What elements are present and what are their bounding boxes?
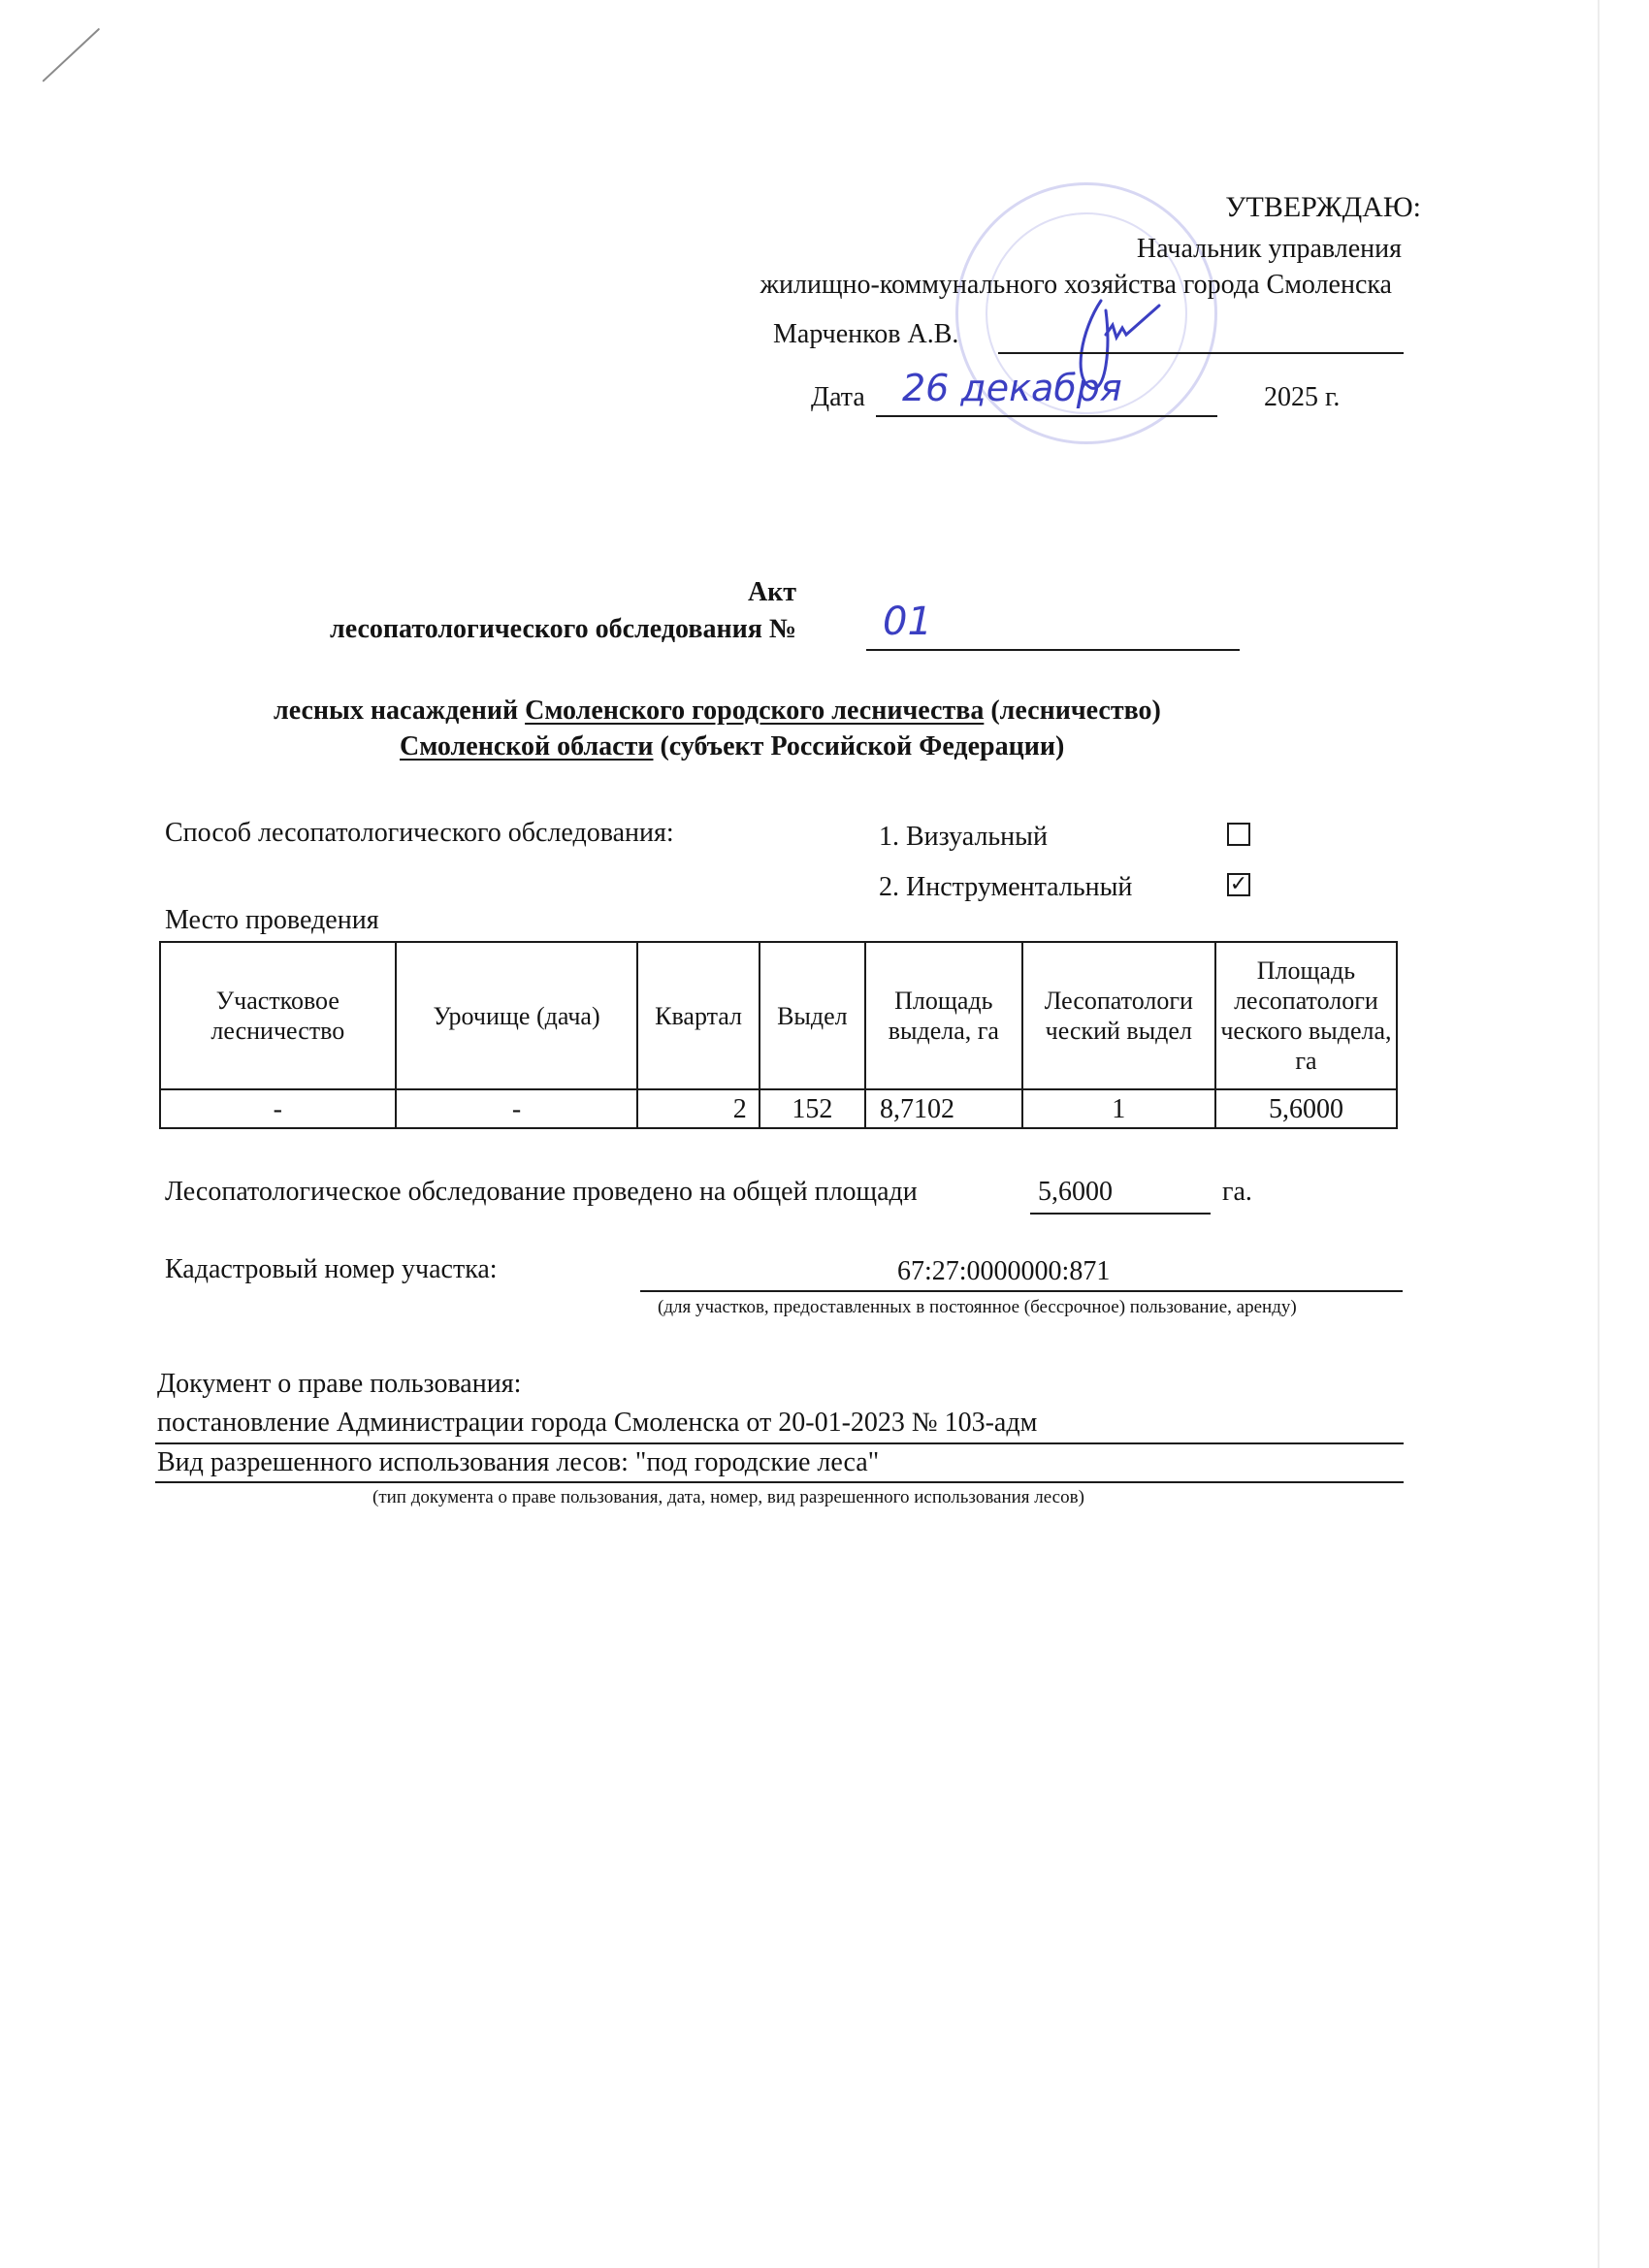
date-handwritten: 26 декабря (902, 367, 1122, 409)
cell-pathology-area: 5,6000 (1215, 1089, 1397, 1128)
cell-allotment-area: 8,7102 (865, 1089, 1022, 1128)
place-label: Место проведения (165, 904, 379, 937)
place-table: Участковое лесничество Урочище (дача) Кв… (159, 941, 1398, 1129)
cell-district-forestry: - (160, 1089, 396, 1128)
subject-prefix: лесных насаждений (274, 696, 518, 726)
forestry-suffix: (лесничество) (990, 696, 1161, 726)
area-value-line (1030, 1213, 1211, 1215)
cell-allotment: 152 (760, 1089, 865, 1128)
col-header-allotment-area: Площадь выдела, га (865, 942, 1022, 1089)
area-label: Лесопатологическое обследование проведен… (165, 1176, 918, 1209)
cell-quarter: 2 (637, 1089, 759, 1128)
cadastral-line (640, 1290, 1403, 1292)
area-value: 5,6000 (1038, 1176, 1113, 1209)
area-unit: га. (1222, 1176, 1252, 1209)
date-label: Дата (811, 381, 865, 414)
signature-line (998, 352, 1404, 354)
col-header-pathology-allotment: Лесопатологи ческий выдел (1022, 942, 1215, 1089)
date-year: 2025 г. (1264, 381, 1340, 414)
subject-line2: Смоленской области (субъект Российской Ф… (400, 730, 1064, 763)
col-header-district-forestry: Участковое лесничество (160, 942, 396, 1089)
approval-position-line1: Начальник управления (1137, 233, 1402, 266)
act-number-line (866, 649, 1240, 651)
act-number-handwritten: 01 (883, 599, 932, 644)
method-option-instrumental: 2. Инструментальный (879, 871, 1132, 904)
cadastral-note: (для участков, предоставленных в постоян… (658, 1297, 1297, 1318)
scan-edge-line (1598, 0, 1600, 2268)
col-header-quarter: Квартал (637, 942, 759, 1089)
table-row: - - 2 152 8,7102 1 5,6000 (160, 1089, 1397, 1128)
instrumental-checkbox[interactable]: ✓ (1227, 873, 1250, 896)
region-name: Смоленской области (400, 731, 653, 761)
usage-doc-line2: Вид разрешенного использования лесов: "п… (157, 1446, 879, 1479)
doc-title: Акт (0, 576, 1597, 609)
cell-pathology-allotment: 1 (1022, 1089, 1215, 1128)
method-label: Способ лесопатологического обследования: (165, 817, 674, 850)
region-suffix: (субъект Российской Федерации) (660, 731, 1064, 761)
usage-doc-line2-rule (155, 1481, 1404, 1483)
date-line (876, 415, 1217, 417)
visual-checkbox[interactable] (1227, 823, 1250, 846)
forestry-name: Смоленского городского лесничества (525, 696, 984, 726)
col-header-allotment: Выдел (760, 942, 865, 1089)
usage-doc-note: (тип документа о праве пользования, дата… (372, 1487, 1084, 1508)
doc-title-line2: лесопатологического обследования № (330, 613, 796, 646)
approval-heading: УТВЕРЖДАЮ: (1225, 190, 1421, 225)
col-header-tract: Урочище (дача) (396, 942, 638, 1089)
cell-tract: - (396, 1089, 638, 1128)
approval-signer: Марченков А.В. (773, 318, 958, 351)
col-header-pathology-area: Площадь лесопатологи ческого выдела, га (1215, 942, 1397, 1089)
subject-line1: лесных насаждений Смоленского городского… (274, 695, 1161, 728)
method-option-visual: 1. Визуальный (879, 821, 1048, 854)
staple-mark-icon (42, 28, 100, 82)
cadastral-label: Кадастровый номер участка: (165, 1253, 498, 1286)
table-header-row: Участковое лесничество Урочище (дача) Кв… (160, 942, 1397, 1089)
usage-doc-line1: постановление Администрации города Смоле… (157, 1407, 1037, 1440)
approval-position-line2: жилищно-коммунального хозяйства города С… (760, 269, 1392, 302)
cadastral-value: 67:27:0000000:871 (897, 1255, 1110, 1288)
usage-doc-line1-rule (155, 1442, 1404, 1444)
usage-doc-label: Документ о праве пользования: (157, 1368, 521, 1401)
